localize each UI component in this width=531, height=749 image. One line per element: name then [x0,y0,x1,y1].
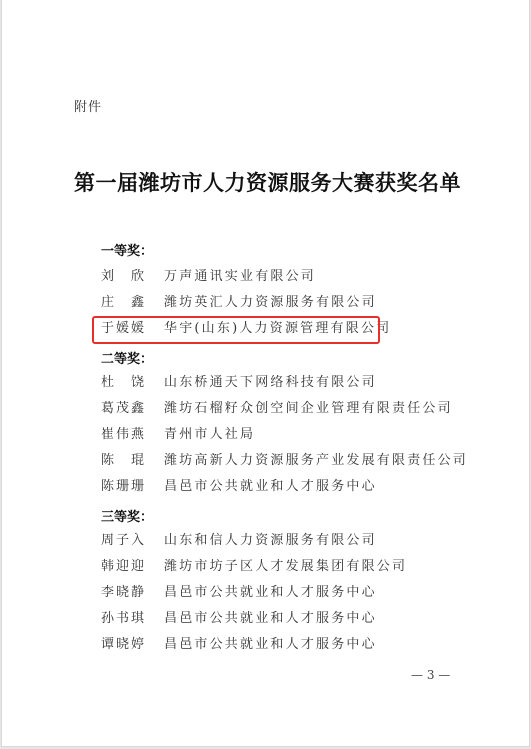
winner-org: 昌邑市公共就业和人才服务中心 [164,476,377,498]
section-heading-third-prize: 三等奖： [101,506,153,525]
winner-name: 韩迎迎 [101,556,161,578]
winner-org: 昌邑市公共就业和人才服务中心 [164,582,377,604]
winner-org: 山东和信人力资源服务有限公司 [164,530,377,552]
page-number: — 3 — [411,668,450,682]
page-title: 第一届潍坊市人力资源服务大赛获奖名单 [2,167,531,197]
highlight-box [92,316,380,344]
winner-name: 周子入 [101,530,161,552]
winner-org: 昌邑市公共就业和人才服务中心 [164,608,377,630]
winner-org: 青州市人社局 [164,424,255,446]
attachment-label: 附件 [74,96,102,115]
winner-name: 刘 欣 [101,266,161,288]
winner-name: 谭晓婷 [101,634,161,656]
winner-name: 庄 鑫 [101,292,161,314]
winner-name: 李晓静 [101,582,161,604]
winner-org: 潍坊高新人力资源服务产业发展有限责任公司 [164,450,468,472]
winner-org: 山东桥通天下网络科技有限公司 [164,372,377,394]
winner-org: 昌邑市公共就业和人才服务中心 [164,634,377,656]
winner-org: 潍坊石榴籽众创空间企业管理有限责任公司 [164,398,453,420]
winner-org: 万声通讯实业有限公司 [164,266,316,288]
winner-name: 葛茂鑫 [101,398,161,420]
winner-name: 陈珊珊 [101,476,161,498]
winner-name: 孙书琪 [101,608,161,630]
section-heading-second-prize: 二等奖： [101,348,153,367]
winner-name: 崔伟燕 [101,424,161,446]
winner-org: 潍坊市坊子区人才发展集团有限公司 [164,556,407,578]
section-heading-first-prize: 一等奖： [101,240,153,259]
winner-name: 陈 琨 [101,450,161,472]
winner-org: 潍坊英汇人力资源服务有限公司 [164,292,377,314]
winner-name: 杜 饶 [101,372,161,394]
document-page: 附件 第一届潍坊市人力资源服务大赛获奖名单 一等奖： 刘 欣 万声通讯实业有限公… [1,0,530,747]
